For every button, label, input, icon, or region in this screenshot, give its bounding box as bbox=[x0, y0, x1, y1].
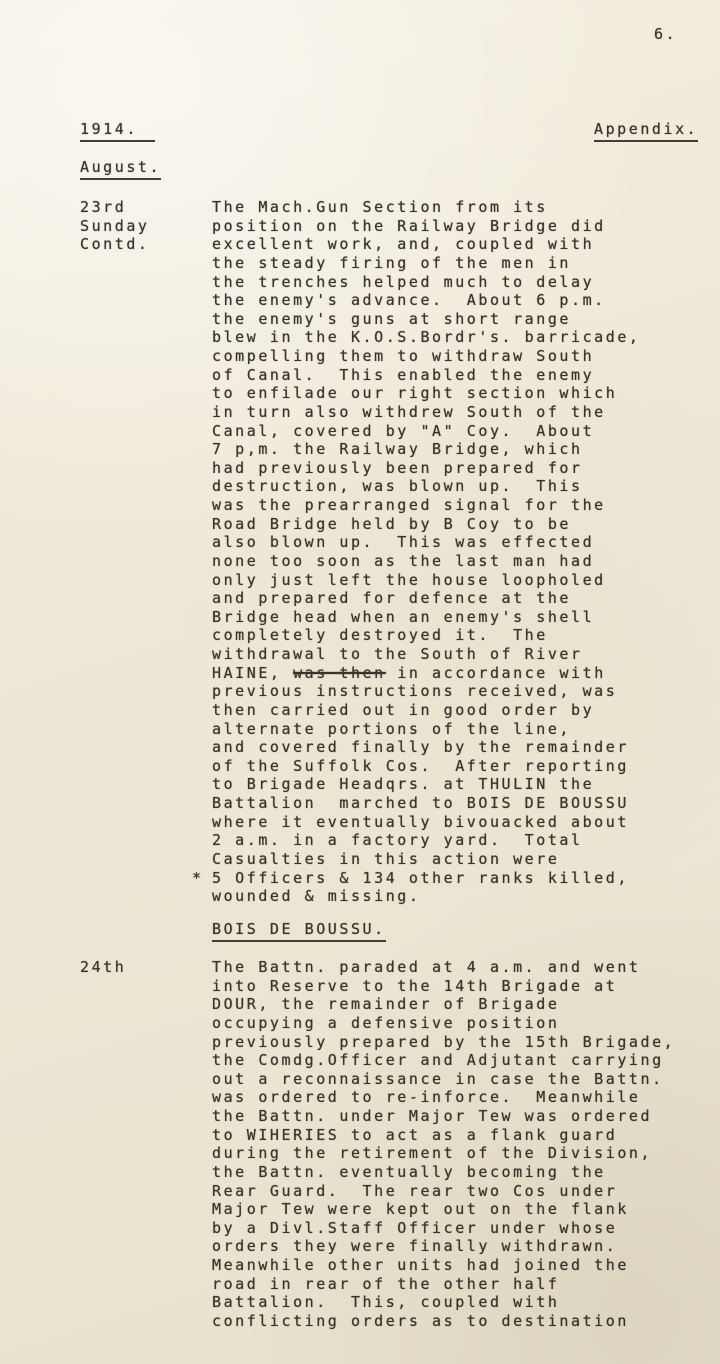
document-page: 6. 1914. Appendix. August. 23rdSundayCon… bbox=[0, 0, 720, 1364]
text-line: Rear Guard. The rear two Cos under bbox=[212, 1182, 675, 1201]
text-line: destruction, was blown up. This bbox=[212, 477, 641, 496]
text-line: was the prearranged signal for the bbox=[212, 496, 641, 515]
text-line: of Canal. This enabled the enemy bbox=[212, 366, 641, 385]
text-line: the Comdg.Officer and Adjutant carrying bbox=[212, 1051, 675, 1070]
text-line: the trenches helped much to delay bbox=[212, 273, 641, 292]
text-line: Road Bridge held by B Coy to be bbox=[212, 515, 641, 534]
text-line: previously prepared by the 15th Brigade, bbox=[212, 1033, 675, 1052]
year-heading: 1914. bbox=[80, 120, 155, 142]
text-line: the Battn. eventually becoming the bbox=[212, 1163, 675, 1182]
text-line: and covered finally by the remainder bbox=[212, 738, 641, 757]
text-line: during the retirement of the Division, bbox=[212, 1144, 675, 1163]
text-line: DOUR, the remainder of Brigade bbox=[212, 995, 675, 1014]
page-number: 6. bbox=[654, 25, 677, 44]
text-line: was ordered to re-inforce. Meanwhile bbox=[212, 1088, 675, 1107]
text-line: out a reconnaissance in case the Battn. bbox=[212, 1070, 675, 1089]
text-line: had previously been prepared for bbox=[212, 459, 641, 478]
text-line: the enemy's guns at short range bbox=[212, 310, 641, 329]
text-line: the steady firing of the men in bbox=[212, 254, 641, 273]
year-heading-text: 1914. bbox=[80, 120, 155, 142]
text-line: also blown up. This was effected bbox=[212, 533, 641, 552]
text-line: conflicting orders as to destination bbox=[212, 1312, 675, 1331]
text-line: Bridge head when an enemy's shell bbox=[212, 608, 641, 627]
text-line: completely destroyed it. The bbox=[212, 626, 641, 645]
month-heading: August. bbox=[80, 158, 161, 180]
text-line: to Brigade Headqrs. at THULIN the bbox=[212, 775, 641, 794]
section-heading-bois-de-boussu: BOIS DE BOUSSU. bbox=[212, 920, 386, 942]
text-line: withdrawal to the South of River bbox=[212, 645, 641, 664]
appendix-heading: Appendix. bbox=[594, 120, 698, 142]
text-line: Sunday bbox=[80, 217, 150, 236]
entry-body-23rd: The Mach.Gun Section from itsposition on… bbox=[212, 198, 641, 906]
text-line: previous instructions received, was bbox=[212, 682, 641, 701]
text-line: The Battn. paraded at 4 a.m. and went bbox=[212, 958, 675, 977]
text-line: wounded & missing. bbox=[212, 887, 641, 906]
text-line: Battalion marched to BOIS DE BOUSSU bbox=[212, 794, 641, 813]
text-line: alternate portions of the line, bbox=[212, 720, 641, 739]
text-line: the enemy's advance. About 6 p.m. bbox=[212, 291, 641, 310]
text-line: The Mach.Gun Section from its bbox=[212, 198, 641, 217]
text-line: Major Tew were kept out on the flank bbox=[212, 1200, 675, 1219]
text-line: excellent work, and, coupled with bbox=[212, 235, 641, 254]
text-line: where it eventually bivouacked about bbox=[212, 813, 641, 832]
text-line: to enfilade our right section which bbox=[212, 384, 641, 403]
entry-date-24th: 24th bbox=[80, 958, 126, 977]
text-line: the Battn. under Major Tew was ordered bbox=[212, 1107, 675, 1126]
text-line: of the Suffolk Cos. After reporting bbox=[212, 757, 641, 776]
text-line: into Reserve to the 14th Brigade at bbox=[212, 977, 675, 996]
text-line: road in rear of the other half bbox=[212, 1275, 675, 1294]
text-line: none too soon as the last man had bbox=[212, 552, 641, 571]
entry-body-24th: The Battn. paraded at 4 a.m. and wentint… bbox=[212, 958, 675, 1331]
text-line: Contd. bbox=[80, 235, 150, 254]
section-heading-text: BOIS DE BOUSSU. bbox=[212, 920, 386, 942]
text-line: to WIHERIES to act as a flank guard bbox=[212, 1126, 675, 1145]
text-line: orders they were finally withdrawn. bbox=[212, 1237, 675, 1256]
text-line: Battalion. This, coupled with bbox=[212, 1293, 675, 1312]
text-line: and prepared for defence at the bbox=[212, 589, 641, 608]
entry-date-23rd: 23rdSundayContd. bbox=[80, 198, 150, 254]
text-line: in turn also withdrew South of the bbox=[212, 403, 641, 422]
text-line: occupying a defensive position bbox=[212, 1014, 675, 1033]
text-line: 23rd bbox=[80, 198, 150, 217]
text-line: Casualties in this action were bbox=[212, 850, 641, 869]
appendix-heading-text: Appendix. bbox=[594, 120, 698, 142]
text-line: compelling them to withdraw South bbox=[212, 347, 641, 366]
text-line: only just left the house loopholed bbox=[212, 571, 641, 590]
text-line: HAINE, was then in accordance with bbox=[212, 664, 641, 683]
month-heading-text: August. bbox=[80, 158, 161, 180]
footnote-asterisk: * bbox=[192, 869, 204, 888]
text-line: by a Divl.Staff Officer under whose bbox=[212, 1219, 675, 1238]
text-line: Meanwhile other units had joined the bbox=[212, 1256, 675, 1275]
text-line: blew in the K.O.S.Bordr's. barricade, bbox=[212, 328, 641, 347]
text-line: Canal, covered by "A" Coy. About bbox=[212, 422, 641, 441]
struck-out-text: was then bbox=[293, 664, 386, 682]
text-line: *5 Officers & 134 other ranks killed, bbox=[212, 869, 641, 888]
text-line: then carried out in good order by bbox=[212, 701, 641, 720]
text-line: 24th bbox=[80, 958, 126, 977]
text-line: 7 p,m. the Railway Bridge, which bbox=[212, 440, 641, 459]
text-line: 2 a.m. in a factory yard. Total bbox=[212, 831, 641, 850]
text-line: position on the Railway Bridge did bbox=[212, 217, 641, 236]
